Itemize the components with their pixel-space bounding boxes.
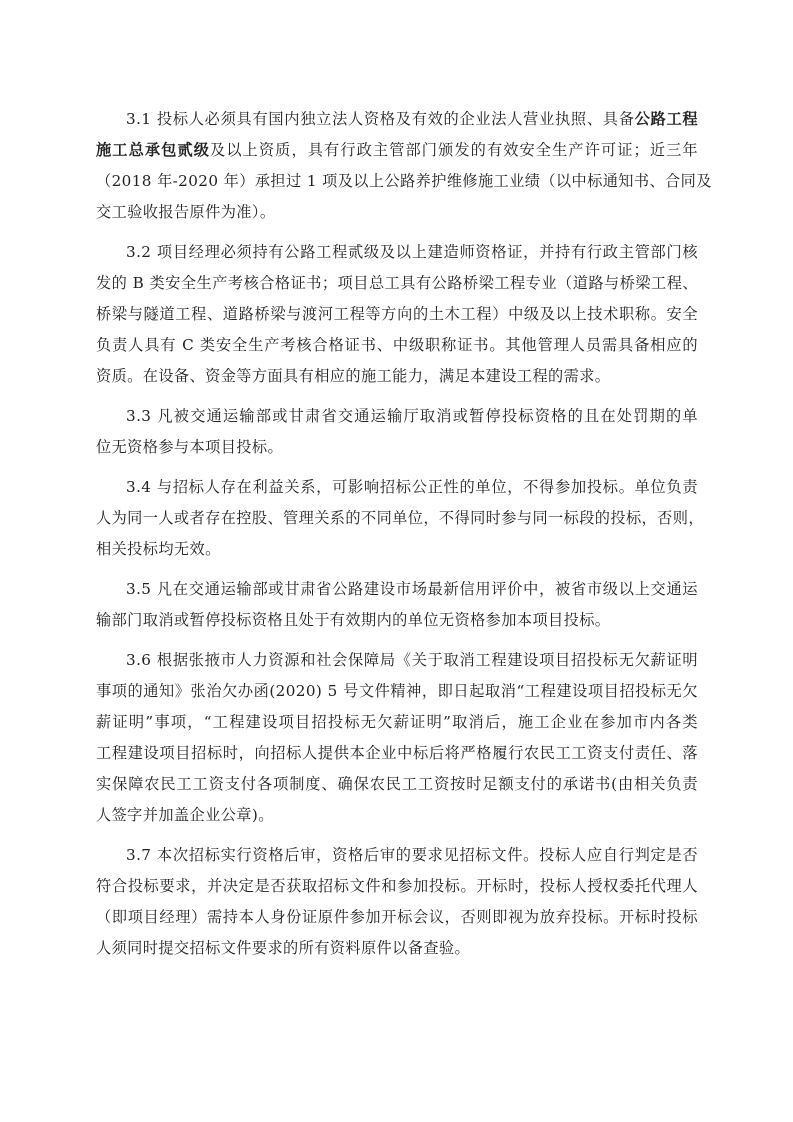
text-line: 3.5 凡在交通运输部或甘肃省公路建设市场最新信用评价中，被省市级以上交通运 [96, 574, 698, 605]
text-segment: 及以上资质，具有行政主管部门颁发的有效安全生产许可证；近三年 [210, 141, 698, 159]
paragraph-3-6: 3.6 根据张掖市人力资源和社会保障局《关于取消工程建设项目招投标无欠薪证明事项… [96, 645, 698, 831]
text-segment: 3.7 本次招标实行资格后审，资格后审的要求见招标文件。投标人应自行判定是否 [126, 846, 698, 864]
text-segment: 相关投标均无效。 [96, 540, 221, 558]
text-segment: 发的 B 类安全生产考核合格证书；项目总工具有公路桥梁工程专业（道路与桥梁工程、 [96, 274, 698, 292]
text-segment: 3.2 项目经理必须持有公路工程贰级及以上建造师资格证，并持有行政主管部门核 [126, 243, 698, 261]
text-line: 3.6 根据张掖市人力资源和社会保障局《关于取消工程建设项目招投标无欠薪证明 [96, 645, 698, 676]
text-segment: 负责人具有 C 类安全生产考核合格证书、中级职称证书。其他管理人员需具备相应的 [96, 336, 698, 354]
text-line: 符合投标要求，并决定是否获取招标文件和参加投标。开标时，投标人授权委托代理人 [96, 871, 698, 902]
text-segment: 3.4 与招标人存在利益关系，可影响招标公正性的单位，不得参加投标。单位负责 [126, 478, 698, 496]
text-line: 人为同一人或者存在控股、管理关系的不同单位，不得同时参与同一标段的投标，否则， [96, 503, 698, 534]
text-line: 负责人具有 C 类安全生产考核合格证书、中级职称证书。其他管理人员需具备相应的 [96, 330, 698, 361]
text-line: 交工验收报告原件为准）。 [96, 197, 698, 228]
text-line: 实保障农民工工资支付各项制度、确保农民工工资按时足额支付的承诺书(由相关负责 [96, 769, 698, 800]
text-line: 事项的通知》张治欠办函(2020) 5 号文件精神，即日起取消“工程建设项目招投… [96, 676, 698, 707]
text-segment: 输部门取消或暂停投标资格且处于有效期内的单位无资格参加本项目投标。 [96, 611, 610, 629]
paragraph-3-4: 3.4 与招标人存在利益关系，可影响招标公正性的单位，不得参加投标。单位负责人为… [96, 472, 698, 565]
paragraph-3-1: 3.1 投标人必须具有国内独立法人资格及有效的企业法人营业执照、具备公路工程施工… [96, 104, 698, 228]
text-line: 资质。在设备、资金等方面具有相应的施工能力，满足本建设工程的需求。 [96, 361, 698, 392]
paragraph-3-7: 3.7 本次招标实行资格后审，资格后审的要求见招标文件。投标人应自行判定是否符合… [96, 840, 698, 964]
text-segment: 人为同一人或者存在控股、管理关系的不同单位，不得同时参与同一标段的投标，否则， [96, 509, 704, 527]
text-line: 3.1 投标人必须具有国内独立法人资格及有效的企业法人营业执照、具备公路工程 [96, 104, 698, 135]
text-segment: 3.6 根据张掖市人力资源和社会保障局《关于取消工程建设项目招投标无欠薪证明 [126, 651, 698, 669]
paragraph-3-5: 3.5 凡在交通运输部或甘肃省公路建设市场最新信用评价中，被省市级以上交通运输部… [96, 574, 698, 636]
text-segment: 3.5 凡在交通运输部或甘肃省公路建设市场最新信用评价中，被省市级以上交通运 [126, 580, 698, 598]
text-line: 桥梁与隧道工程、道路桥梁与渡河工程等方向的土木工程）中级及以上技术职称。安全 [96, 299, 698, 330]
text-segment: （2018 年-2020 年）承担过 1 项及以上公路养护维修施工业绩（以中标通… [96, 172, 712, 190]
text-segment: 人须同时提交招标文件要求的所有资料原件以备查验。 [96, 939, 470, 957]
paragraph-3-2: 3.2 项目经理必须持有公路工程贰级及以上建造师资格证，并持有行政主管部门核发的… [96, 237, 698, 392]
text-segment: 资质。在设备、资金等方面具有相应的施工能力，满足本建设工程的需求。 [96, 367, 610, 385]
text-segment: 位无资格参与本项目投标。 [96, 438, 283, 456]
text-line: 3.2 项目经理必须持有公路工程贰级及以上建造师资格证，并持有行政主管部门核 [96, 237, 698, 268]
text-line: 施工总承包贰级及以上资质，具有行政主管部门颁发的有效安全生产许可证；近三年 [96, 135, 698, 166]
bold-text: 施工总承包贰级 [96, 141, 210, 159]
text-line: 相关投标均无效。 [96, 534, 698, 565]
text-line: 3.3 凡被交通运输部或甘肃省交通运输厅取消或暂停投标资格的且在处罚期的单 [96, 401, 698, 432]
text-line: 3.7 本次招标实行资格后审，资格后审的要求见招标文件。投标人应自行判定是否 [96, 840, 698, 871]
text-segment: （即项目经理）需持本人身份证原件参加开标会议，否则即视为放弃投标。开标时投标 [96, 908, 698, 926]
text-line: 发的 B 类安全生产考核合格证书；项目总工具有公路桥梁工程专业（道路与桥梁工程、 [96, 268, 698, 299]
text-segment: 3.1 投标人必须具有国内独立法人资格及有效的企业法人营业执照、具备 [126, 110, 635, 128]
text-line: 工程建设项目招标时，向招标人提供本企业中标后将严格履行农民工工资支付责任、落 [96, 738, 698, 769]
text-segment: 事项的通知》张治欠办函(2020) 5 号文件精神，即日起取消“工程建设项目招投… [96, 682, 698, 700]
paragraph-3-3: 3.3 凡被交通运输部或甘肃省交通运输厅取消或暂停投标资格的且在处罚期的单位无资… [96, 401, 698, 463]
text-segment: 实保障农民工工资支付各项制度、确保农民工工资按时足额支付的承诺书(由相关负责 [96, 775, 698, 793]
text-line: （即项目经理）需持本人身份证原件参加开标会议，否则即视为放弃投标。开标时投标 [96, 902, 698, 933]
text-line: 输部门取消或暂停投标资格且处于有效期内的单位无资格参加本项目投标。 [96, 605, 698, 636]
text-segment: 3.3 凡被交通运输部或甘肃省交通运输厅取消或暂停投标资格的且在处罚期的单 [126, 407, 698, 425]
text-line: 人须同时提交招标文件要求的所有资料原件以备查验。 [96, 933, 698, 964]
text-line: 3.4 与招标人存在利益关系，可影响招标公正性的单位，不得参加投标。单位负责 [96, 472, 698, 503]
text-line: 位无资格参与本项目投标。 [96, 432, 698, 463]
text-segment: 符合投标要求，并决定是否获取招标文件和参加投标。开标时，投标人授权委托代理人 [96, 877, 698, 895]
text-line: 人签字并加盖企业公章)。 [96, 800, 698, 831]
text-segment: 薪证明”事项，“工程建设项目招投标无欠薪证明”取消后，施工企业在参加市内各类 [96, 713, 698, 731]
text-segment: 交工验收报告原件为准）。 [96, 203, 275, 221]
text-segment: 人签字并加盖企业公章)。 [96, 806, 274, 824]
text-segment: 桥梁与隧道工程、道路桥梁与渡河工程等方向的土木工程）中级及以上技术职称。安全 [96, 305, 698, 323]
text-line: （2018 年-2020 年）承担过 1 项及以上公路养护维修施工业绩（以中标通… [96, 166, 698, 197]
bold-text: 公路工程 [635, 110, 698, 128]
document-page: 3.1 投标人必须具有国内独立法人资格及有效的企业法人营业执照、具备公路工程施工… [96, 104, 698, 973]
text-segment: 工程建设项目招标时，向招标人提供本企业中标后将严格履行农民工工资支付责任、落 [96, 744, 698, 762]
text-line: 薪证明”事项，“工程建设项目招投标无欠薪证明”取消后，施工企业在参加市内各类 [96, 707, 698, 738]
